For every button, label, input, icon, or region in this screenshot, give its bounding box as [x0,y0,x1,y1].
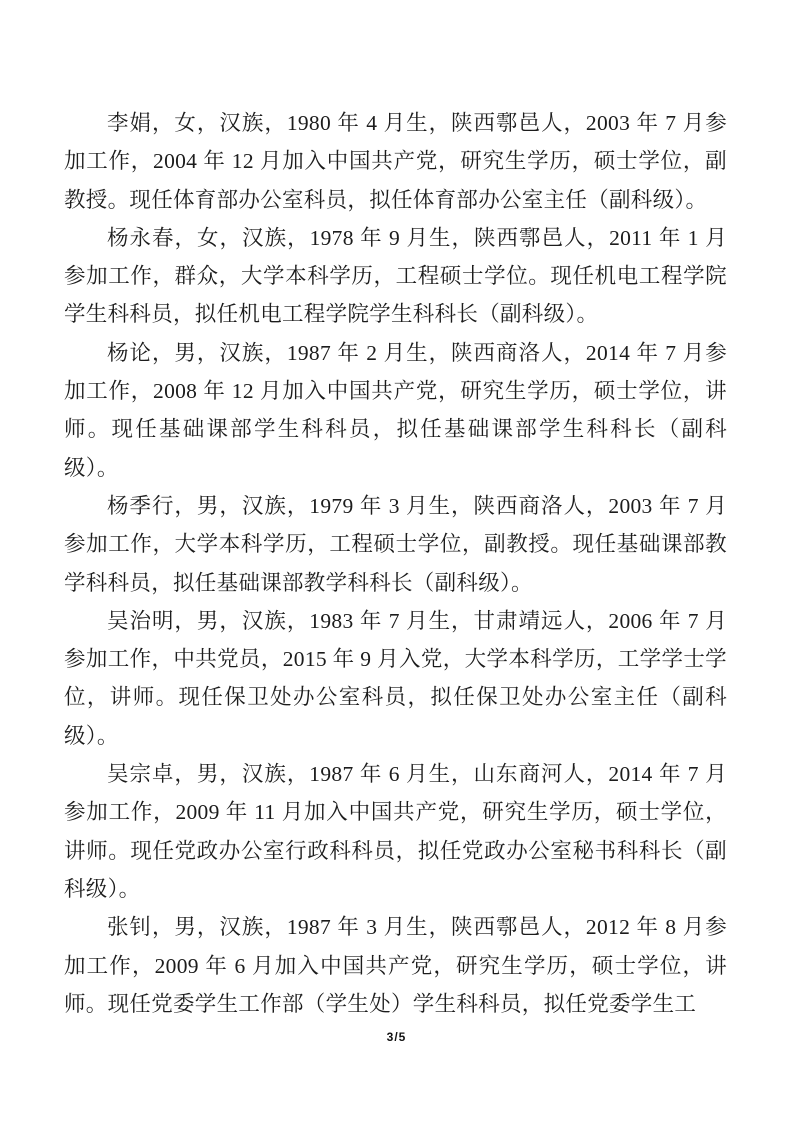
document-page: 李娟，女，汉族，1980 年 4 月生，陕西鄠邑人，2003 年 7 月参加工作… [0,0,793,1122]
personnel-paragraph: 杨论，男，汉族，1987 年 2 月生，陕西商洛人，2014 年 7 月参加工作… [64,334,727,487]
page-body: 李娟，女，汉族，1980 年 4 月生，陕西鄠邑人，2003 年 7 月参加工作… [64,104,727,1023]
personnel-paragraph: 李娟，女，汉族，1980 年 4 月生，陕西鄠邑人，2003 年 7 月参加工作… [64,104,727,219]
page-footer: 3/5 [0,1028,793,1046]
personnel-paragraph: 杨季行，男，汉族，1979 年 3 月生，陕西商洛人，2003 年 7 月参加工… [64,487,727,602]
personnel-paragraph: 张钊，男，汉族，1987 年 3 月生，陕西鄠邑人，2012 年 8 月参加工作… [64,908,727,1023]
personnel-paragraph: 吴宗卓，男，汉族，1987 年 6 月生，山东商河人，2014 年 7 月参加工… [64,755,727,908]
personnel-paragraph: 杨永春，女，汉族，1978 年 9 月生，陕西鄠邑人，2011 年 1 月参加工… [64,219,727,334]
page-number: 3/5 [387,1030,407,1044]
personnel-paragraph: 吴治明，男，汉族，1983 年 7 月生，甘肃靖远人，2006 年 7 月参加工… [64,602,727,755]
